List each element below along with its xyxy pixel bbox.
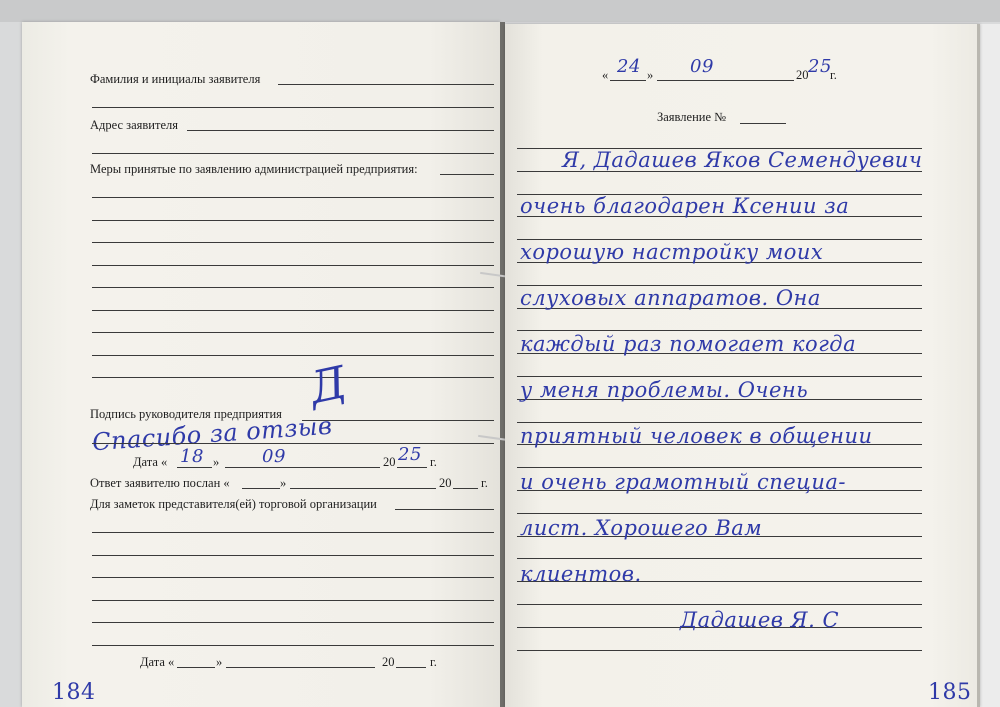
- ruled-line: [517, 376, 922, 377]
- bottom-date-day-field: [177, 667, 215, 668]
- date-month-field: [225, 467, 380, 468]
- date-label: Дата «: [133, 455, 167, 470]
- statement-number-label: Заявление №: [657, 110, 726, 125]
- handwritten-line: Дадашев Я. С: [680, 608, 839, 632]
- ruled-line: [92, 355, 494, 356]
- handwritten-line: клиентов.: [520, 562, 642, 586]
- scan-background: [0, 0, 1000, 22]
- date-open-quote: «: [602, 68, 608, 83]
- ruled-line: [92, 242, 494, 243]
- ruled-line: [517, 558, 922, 559]
- statement-day-field: [610, 80, 646, 81]
- statement-day-value: 24: [617, 56, 641, 77]
- reply-month-field: [290, 488, 436, 489]
- reply-year-field: [453, 488, 478, 489]
- ruled-line: [92, 265, 494, 266]
- bottom-date-month-field: [226, 667, 375, 668]
- handwritten-line: очень благодарен Ксении за: [520, 194, 849, 218]
- ruled-line: [92, 377, 494, 378]
- handwritten-line: у меня проблемы. Очень: [520, 378, 808, 402]
- applicant-name-label: Фамилия и инициалы заявителя: [90, 72, 260, 87]
- date-suffix: г.: [430, 455, 437, 470]
- handwritten-line: и очень грамотный специа-: [520, 470, 846, 494]
- ruled-line: [92, 332, 494, 333]
- measures-label: Меры принятые по заявлению администрацие…: [90, 162, 418, 177]
- measures-field: [440, 174, 494, 175]
- ruled-line: [517, 513, 922, 514]
- ruled-line: [92, 555, 494, 556]
- date-close-quote: »: [647, 68, 653, 83]
- date-year-field: [397, 467, 427, 468]
- bottom-date-quote-close: »: [216, 655, 222, 670]
- bottom-suffix: г.: [430, 655, 437, 670]
- applicant-name-field-2: [92, 107, 494, 108]
- ruled-line: [517, 650, 922, 651]
- statement-date-suffix: г.: [830, 68, 837, 83]
- statement-year-prefix: 20: [796, 68, 809, 83]
- statement-year-value: 25: [808, 56, 832, 77]
- ruled-line: [92, 220, 494, 221]
- bottom-year-field: [396, 667, 426, 668]
- statement-number-field: [740, 123, 786, 124]
- date-year-value: 25: [398, 444, 422, 465]
- handwritten-line: лист. Хорошего Вам: [520, 516, 762, 540]
- applicant-address-field: [187, 130, 494, 131]
- handwritten-line: Я, Дадашев Яков Семендуевич: [562, 148, 922, 172]
- date-quote-close: »: [213, 455, 219, 470]
- applicant-address-label: Адрес заявителя: [90, 118, 178, 133]
- applicant-name-field: [278, 84, 494, 85]
- ruled-line: [92, 287, 494, 288]
- ruled-line: [517, 467, 922, 468]
- reply-quote-close: »: [280, 476, 286, 491]
- date-month-value: 09: [262, 446, 286, 467]
- reply-year-prefix: 20: [439, 476, 452, 491]
- bottom-year-prefix: 20: [382, 655, 395, 670]
- reply-suffix: г.: [481, 476, 488, 491]
- ruled-line: [92, 577, 494, 578]
- ruled-line: [92, 310, 494, 311]
- note-line: [92, 443, 494, 444]
- scan-margin: [980, 24, 1000, 707]
- ruled-line: [92, 645, 494, 646]
- statement-month-field: [657, 80, 794, 81]
- ruled-line: [517, 330, 922, 331]
- page-number-right: 185: [928, 680, 972, 705]
- notes-field: [395, 509, 494, 510]
- handwritten-line: приятный человек в общении: [520, 424, 873, 448]
- applicant-address-field-2: [92, 153, 494, 154]
- ruled-line: [92, 600, 494, 601]
- ruled-line: [92, 532, 494, 533]
- ruled-line: [517, 604, 922, 605]
- handwritten-line: слуховых аппаратов. Она: [520, 286, 821, 310]
- page-number-left: 184: [52, 680, 96, 705]
- reply-day-field: [242, 488, 280, 489]
- date-day-field: [177, 467, 212, 468]
- date-year-prefix: 20: [383, 455, 396, 470]
- notes-label: Для заметок представителя(ей) торговой о…: [90, 497, 377, 512]
- reply-sent-label: Ответ заявителю послан «: [90, 476, 230, 491]
- handwritten-line: хорошую настройку моих: [520, 240, 823, 264]
- statement-month-value: 09: [690, 56, 714, 77]
- date-day-value: 18: [180, 446, 204, 467]
- ruled-line: [92, 197, 494, 198]
- handwritten-line: каждый раз помогает когда: [520, 332, 856, 356]
- ruled-line: [517, 422, 922, 423]
- ruled-line: [92, 622, 494, 623]
- bottom-date-label: Дата «: [140, 655, 174, 670]
